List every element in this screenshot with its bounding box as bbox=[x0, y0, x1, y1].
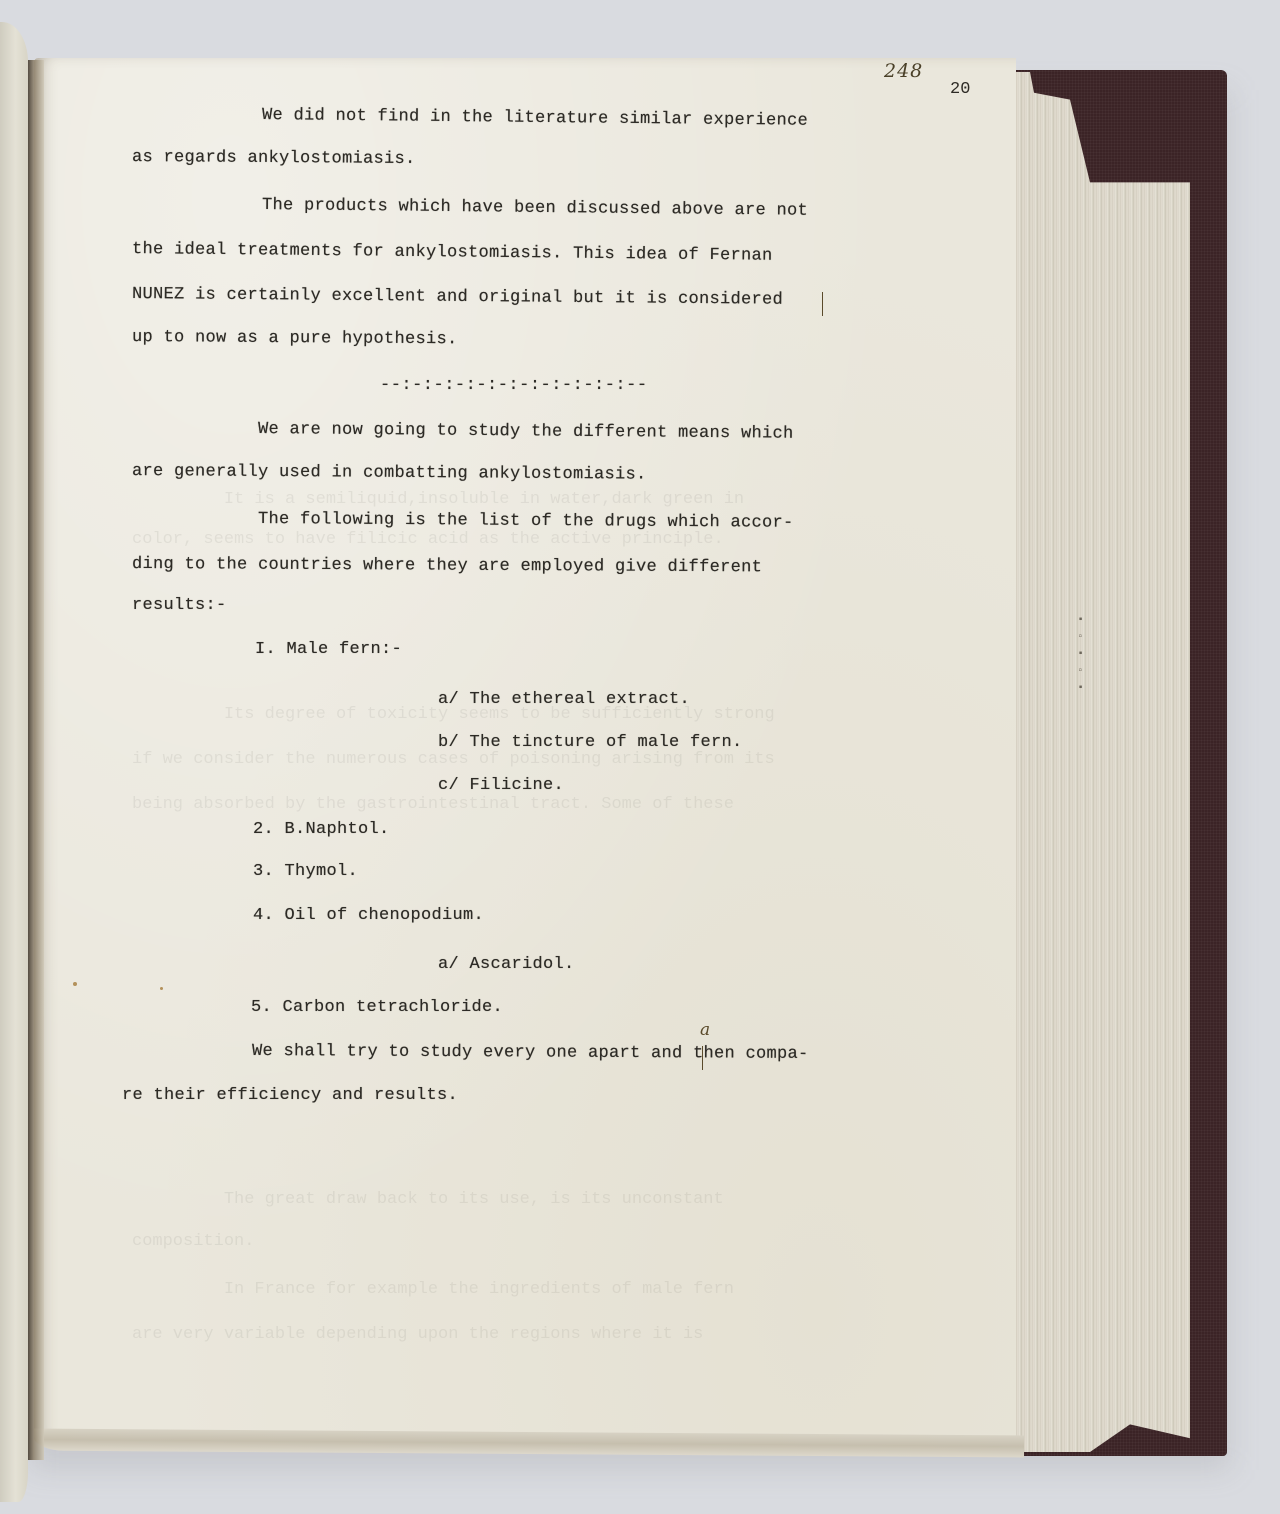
bleed-through-text: composition. bbox=[132, 1232, 254, 1251]
paragraph-1-line-2: as regards ankylostomiasis. bbox=[132, 148, 416, 169]
previous-page-edge bbox=[0, 22, 28, 1502]
bleed-through-text: It is a semiliquid,insoluble in water,da… bbox=[132, 490, 744, 509]
section-separator: --:-:-:-:-:-:-:-:-:-:-:-- bbox=[380, 376, 648, 395]
drug-list-item-4: 4. Oil of chenopodium. bbox=[253, 906, 484, 925]
drug-list-item-2: 2. B.Naphtol. bbox=[253, 820, 390, 839]
drug-list-subitem-4a: a/ Ascaridol. bbox=[438, 955, 575, 974]
handwritten-correction-a: a bbox=[700, 1020, 710, 1040]
paragraph-4-line-1: The following is the list of the drugs w… bbox=[258, 510, 794, 533]
closing-line-1: We shall try to study every one apart an… bbox=[252, 1042, 809, 1064]
drug-list-item-3: 3. Thymol. bbox=[253, 862, 358, 881]
foxing-speck bbox=[73, 982, 77, 986]
paragraph-4-line-2: ding to the countries where they are emp… bbox=[132, 555, 762, 577]
drug-list-item-1: I. Male fern:- bbox=[255, 640, 402, 659]
paragraph-4-line-3: results:- bbox=[132, 596, 227, 615]
drug-list-subitem-1a: a/ The ethereal extract. bbox=[438, 690, 690, 709]
bleed-through-text: if we consider the numerous cases of poi… bbox=[132, 750, 775, 769]
page-number: 20 bbox=[950, 80, 970, 99]
bleed-through-text: being absorbed by the gastrointestinal t… bbox=[132, 795, 734, 814]
bleed-through-text: are very variable depending upon the reg… bbox=[132, 1325, 703, 1344]
bleed-through-text: In France for example the ingredients of… bbox=[132, 1280, 734, 1299]
paragraph-3-line-2: are generally used in combatting ankylos… bbox=[132, 462, 647, 485]
drug-list-item-5: 5. Carbon tetrachloride. bbox=[251, 998, 503, 1017]
book-gutter bbox=[28, 60, 44, 1460]
handwritten-correction-mark bbox=[702, 1046, 703, 1070]
foxing-speck bbox=[160, 987, 163, 990]
handwritten-correction-mark bbox=[822, 292, 823, 316]
closing-line-2: re their efficiency and results. bbox=[122, 1086, 458, 1105]
drug-list-subitem-1b: b/ The tincture of male fern. bbox=[438, 733, 743, 752]
handwritten-folio-number: 248 bbox=[884, 60, 923, 82]
bleed-through-text: color, seems to have filicic acid as the… bbox=[132, 530, 724, 549]
page-fore-edge bbox=[1010, 72, 1210, 1452]
bleed-through-text: The great draw back to its use, is its u… bbox=[132, 1190, 724, 1209]
drug-list-subitem-1c: c/ Filicine. bbox=[438, 776, 564, 795]
fore-edge-marks: ▪ ▫ ▪ ▫ ▪ bbox=[1072, 615, 1086, 785]
paragraph-2-line-4: up to now as a pure hypothesis. bbox=[132, 328, 458, 349]
